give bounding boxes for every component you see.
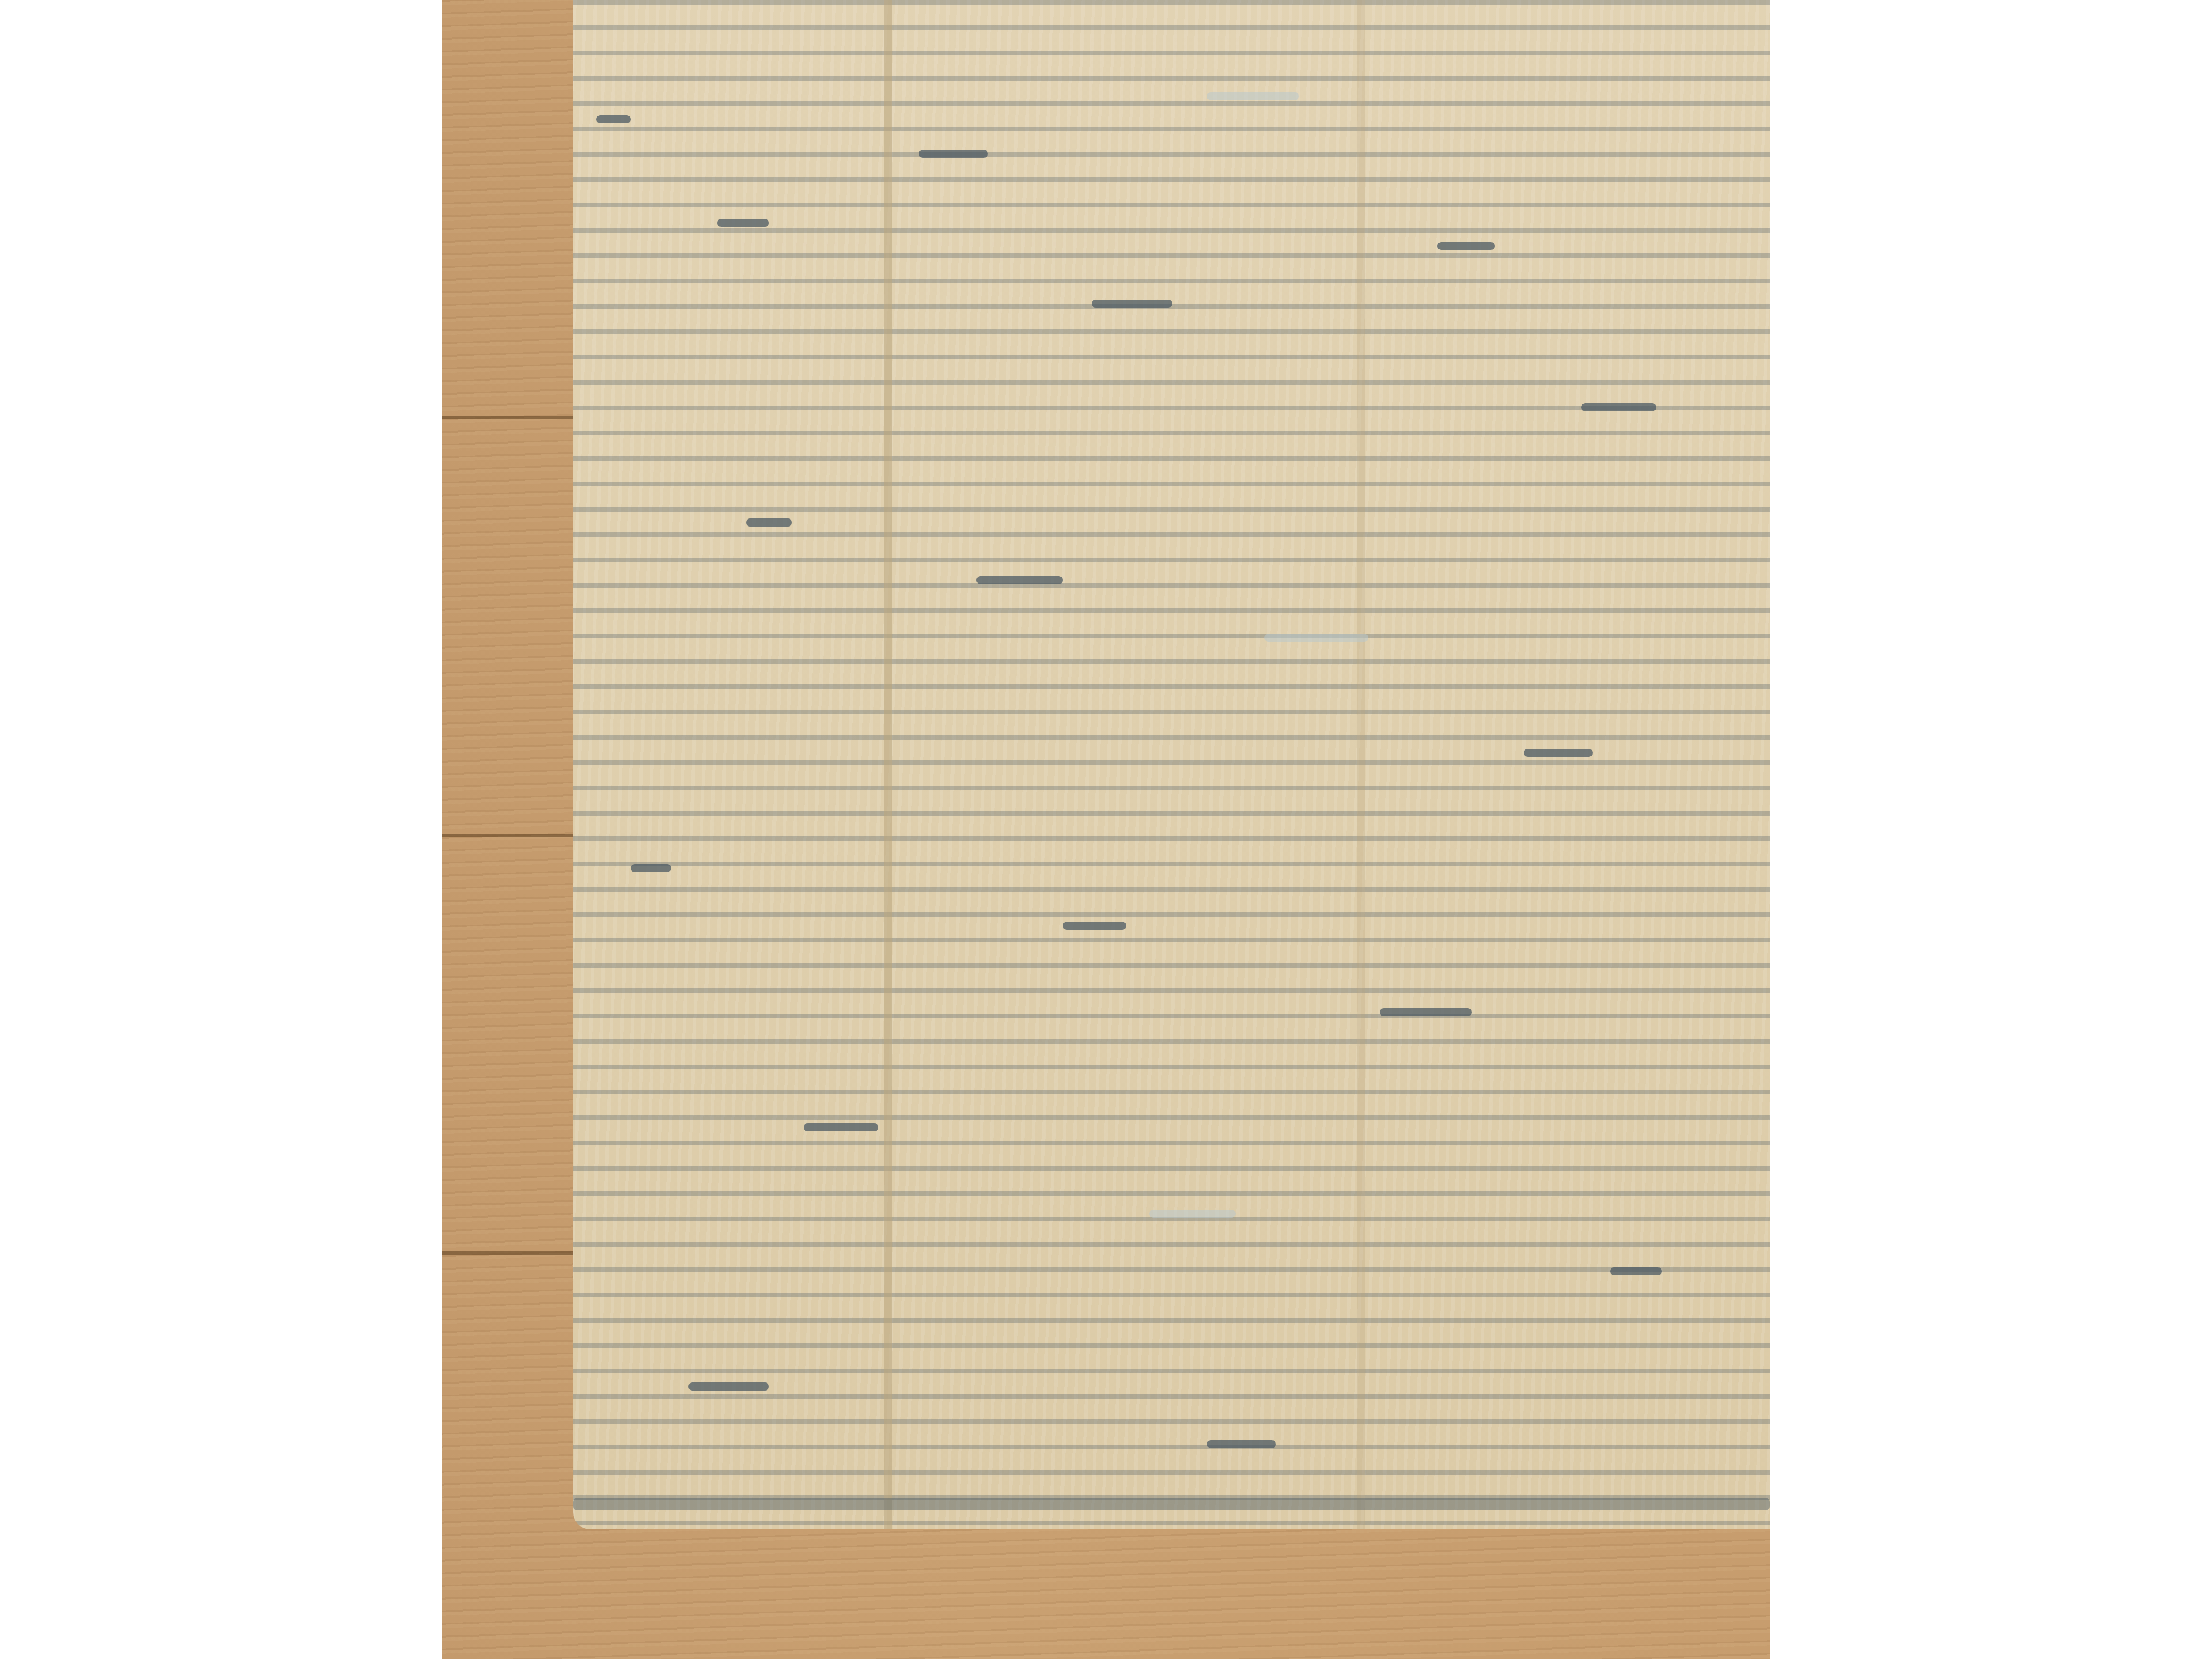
rug-accent [1092, 300, 1172, 308]
rug-accent [976, 576, 1063, 584]
rug-accent [1380, 1008, 1472, 1016]
rug-accent [919, 150, 988, 158]
rug-accent [1581, 403, 1656, 411]
rug-accent [1149, 1210, 1236, 1218]
rug-accent [1207, 1440, 1276, 1448]
rug-accent [1524, 749, 1593, 757]
rug-border-band [884, 0, 892, 1529]
rug-accent [1437, 242, 1495, 250]
rug-accent [746, 518, 792, 527]
rug-accent [596, 115, 631, 123]
rug-accent [1610, 1267, 1662, 1275]
rug-accent [804, 1123, 878, 1131]
product-photo [442, 0, 1770, 1659]
rug-accent [688, 1382, 769, 1391]
rug-pattern-band [1357, 0, 1365, 1529]
rug-accent [631, 864, 671, 872]
rug-bottom-edge [573, 1498, 1770, 1510]
rug-accent [1063, 922, 1126, 930]
rug-accent [1264, 634, 1368, 642]
rug [573, 0, 1770, 1529]
rug-accent [717, 219, 769, 227]
rug-accent [1207, 92, 1299, 100]
